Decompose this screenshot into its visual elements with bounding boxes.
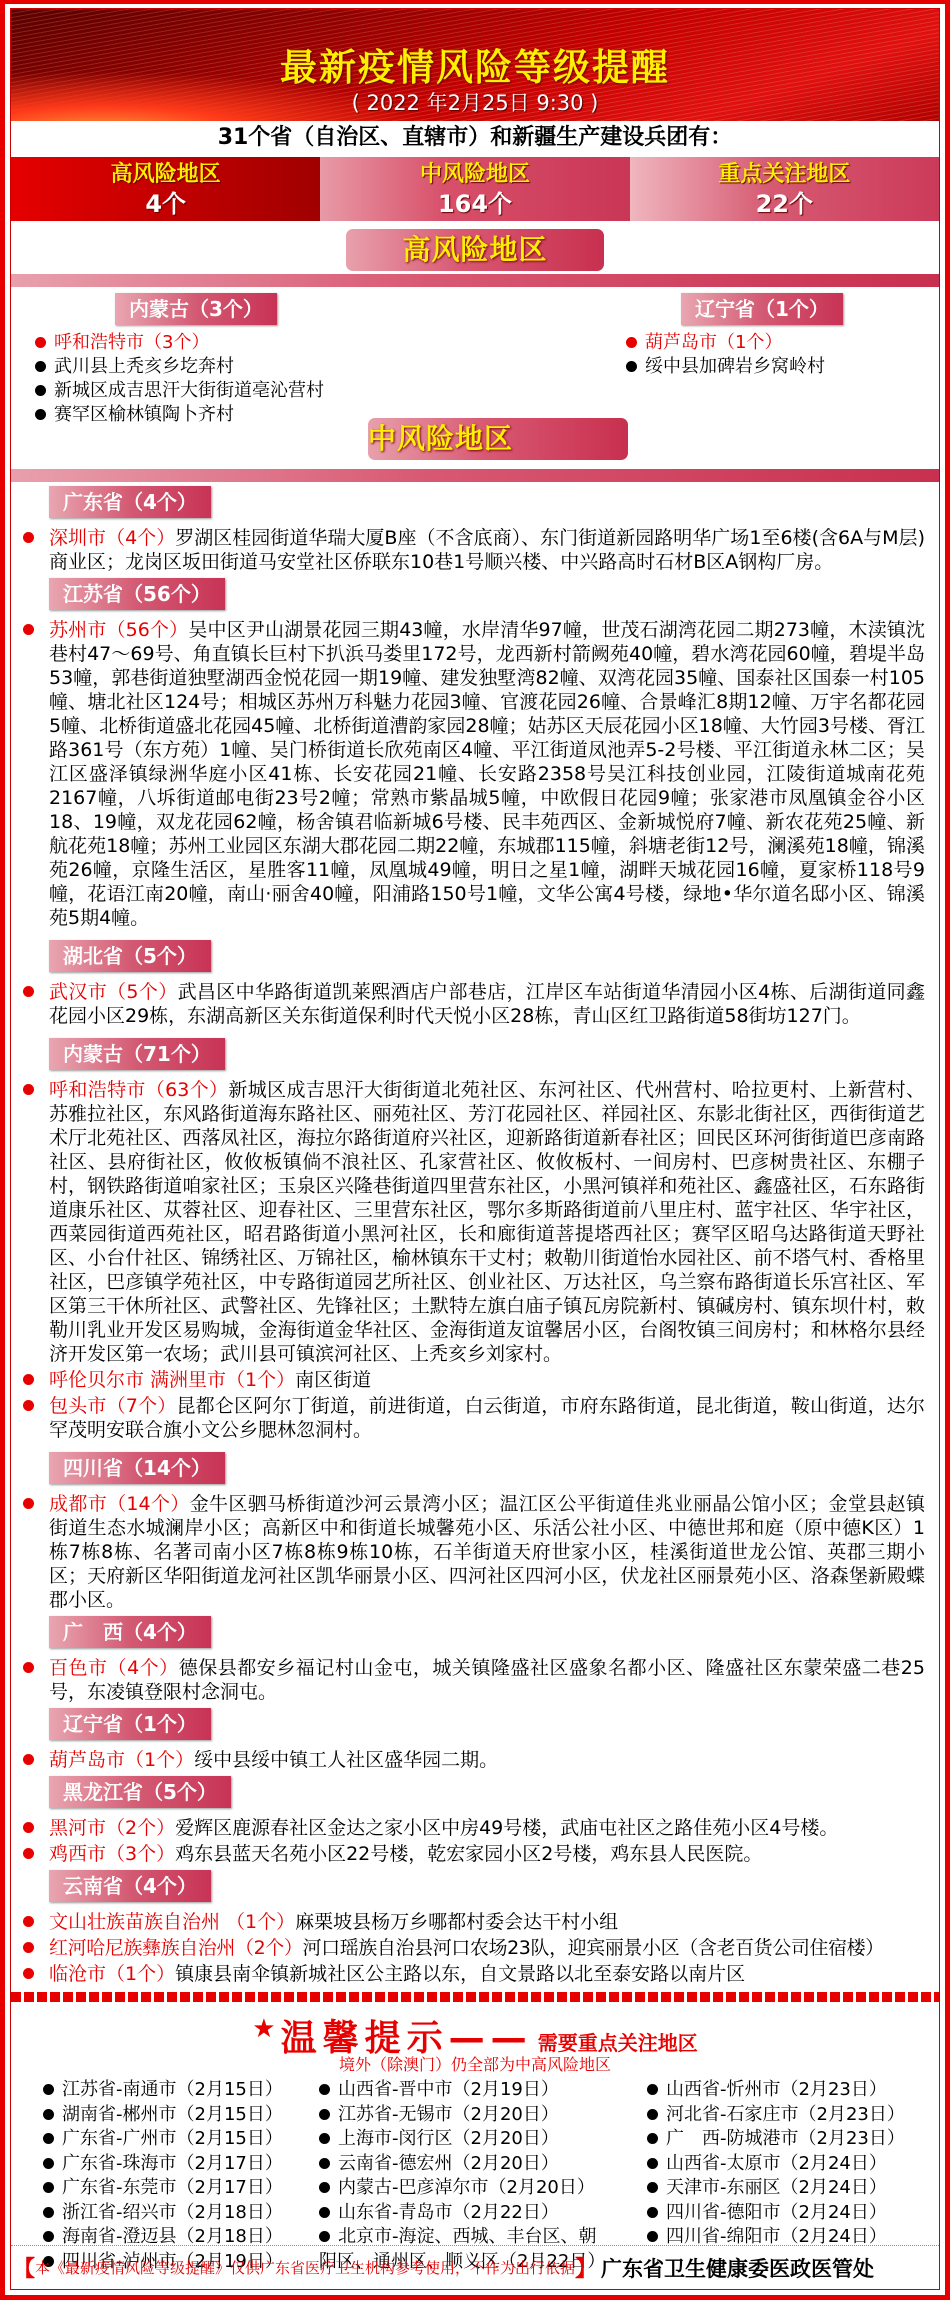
province-tag: 辽宁省（1个）: [681, 293, 843, 325]
tips-heading: ★ 温馨提示—— 需要重点关注地区: [11, 2010, 939, 2054]
stat-high-risk: 高风险地区 4个: [11, 157, 320, 221]
focus-item: 河北省-石家庄市（2月23日）: [647, 2103, 905, 2128]
bullet-icon: [23, 1498, 34, 1509]
city-name: 临沧市（1个）: [49, 1963, 175, 1985]
city-item: 葫芦岛市（1个）: [626, 331, 843, 355]
focus-item: 山西省-太原市（2月24日）: [647, 2152, 905, 2177]
medium-risk-heading-wrap: 中风险地区: [368, 418, 628, 460]
city-areas: 鸡东县蓝天名苑小区22号楼，乾宏家园小区2号楼，鸡东县人民医院。: [175, 1843, 762, 1865]
city-entry: 呼伦贝尔市 满洲里市（1个）南区街道: [49, 1368, 925, 1392]
city-areas: 新城区成吉思汗大街街道北苑社区、东河社区、代州营村、哈拉更村、上新营村、苏雅拉社…: [49, 1079, 925, 1365]
province-tag: 湖北省（5个）: [49, 940, 211, 972]
city-name: 呼和浩特市（3个）: [54, 332, 209, 353]
city-name: 武汉市（5个）: [49, 981, 178, 1003]
area-name: 新城区成吉思汗大街街道亳沁营村: [54, 380, 324, 401]
stat-label: 重点关注地区: [630, 157, 939, 190]
stat-label: 高风险地区: [11, 157, 320, 190]
area-item: 武川县上秃亥乡圪奔村: [35, 355, 324, 379]
bullet-icon: [43, 2133, 54, 2144]
bullet-icon: [647, 2158, 658, 2169]
bullet-icon: [23, 1848, 34, 1859]
area-name: 赛罕区榆林镇陶卜齐村: [54, 404, 234, 425]
city-areas: 德保县都安乡福记村山金屯，城关镇隆盛社区盛象名都小区、隆盛社区东蒙荣盛二巷25号…: [49, 1657, 925, 1703]
province-jiangsu: 江苏省（56个）: [49, 578, 925, 610]
focus-item: 云南省-德宏州（2月20日）: [319, 2152, 647, 2177]
area-item: 绥中县加碑岩乡窝岭村: [626, 355, 843, 379]
focus-item: 江苏省-南通市（2月15日）: [43, 2078, 319, 2103]
bracket-open: 【: [13, 2252, 35, 2283]
city-entry: 文山壮族苗族自治州 （1个）麻栗坡县杨万乡哪都村委会达干村小组: [49, 1910, 925, 1934]
bullet-icon: [35, 361, 46, 372]
focus-item: 上海市-闵行区（2月20日）: [319, 2127, 647, 2152]
bullet-icon: [23, 1916, 34, 1927]
province-tag: 江苏省（56个）: [49, 578, 225, 610]
province-heilongjiang: 黑龙江省（5个）: [49, 1776, 925, 1808]
province-tag: 广东省（4个）: [49, 486, 211, 518]
high-risk-group-liaoning: 辽宁省（1个） 葫芦岛市（1个） 绥中县加碑岩乡窝岭村: [626, 293, 843, 379]
bullet-icon: [647, 2231, 658, 2242]
city-areas: 昆都仑区阿尔丁街道，前进街道，白云街道，市府东路街道，昆北街道，鞍山街道，达尔罕…: [49, 1395, 925, 1441]
city-name: 百色市（4个）: [49, 1657, 179, 1679]
city-areas: 罗湖区桂园街道华瑞大厦B座（不含底商）、东门街道新园路明华广场1至6楼(含6A与…: [49, 527, 925, 573]
province-hubei: 湖北省（5个）: [49, 940, 925, 972]
city-entry: 葫芦岛市（1个）绥中县绥中镇工人社区盛华园二期。: [49, 1748, 925, 1772]
dashed-divider: [11, 1992, 939, 2002]
city-entry: 鸡西市（3个）鸡东县蓝天名苑小区22号楼，乾宏家园小区2号楼，鸡东县人民医院。: [49, 1842, 925, 1866]
province-guangdong: 广东省（4个）: [49, 486, 925, 518]
province-tag: 黑龙江省（5个）: [49, 1776, 231, 1808]
tips-title: 温馨提示——: [281, 2018, 533, 2059]
stat-medium-risk: 中风险地区 164个: [320, 157, 629, 221]
bullet-icon: [23, 1822, 34, 1833]
city-entry: 临沧市（1个）镇康县南伞镇新城社区公主路以东，自文景路以北至泰安路以南片区: [49, 1962, 925, 1986]
bullet-icon: [647, 2084, 658, 2095]
issuing-organization: 广东省卫生健康委医政医管处: [601, 2253, 874, 2283]
bullet-icon: [23, 986, 34, 997]
city-name: 深圳市（4个）: [49, 527, 175, 549]
bullet-icon: [23, 1662, 34, 1673]
star-icon: ★: [252, 2014, 275, 2044]
focus-item: 四川省-德阳市（2月24日）: [647, 2201, 905, 2226]
high-risk-heading-wrap: 高风险地区: [11, 229, 939, 271]
bullet-icon: [43, 2182, 54, 2193]
city-name: 苏州市（56个）: [49, 619, 188, 641]
province-yunnan: 云南省（4个）: [49, 1870, 925, 1902]
focus-item: 湖南省-郴州市（2月15日）: [43, 2103, 319, 2128]
bullet-icon: [23, 1400, 34, 1411]
area-item: 赛罕区榆林镇陶卜齐村: [35, 403, 324, 427]
city-areas: 镇康县南伞镇新城社区公主路以东，自文景路以北至泰安路以南片区: [175, 1963, 745, 1985]
city-entry: 成都市（14个）金牛区驷马桥街道沙河云景湾小区；温江区公平街道佳兆业丽晶公馆小区…: [49, 1492, 925, 1612]
city-areas: 麻栗坡县杨万乡哪都村委会达干村小组: [295, 1911, 618, 1933]
province-liaoning: 辽宁省（1个）: [49, 1708, 925, 1740]
focus-item: 广 西-防城港市（2月23日）: [647, 2127, 905, 2152]
province-tag: 广 西（4个）: [49, 1616, 211, 1648]
province-tag: 内蒙古（71个）: [49, 1038, 225, 1070]
city-name: 鸡西市（3个）: [49, 1843, 175, 1865]
page-frame: 最新疫情风险等级提醒 ( 2022 年2月25日 9:30 ) 31个省（自治区…: [0, 0, 950, 2300]
section-band: [11, 469, 939, 482]
city-name: 葫芦岛市（1个）: [49, 1749, 194, 1771]
content: 最新疫情风险等级提醒 ( 2022 年2月25日 9:30 ) 31个省（自治区…: [10, 8, 940, 2290]
city-areas: 吴中区尹山湖景花园三期43幢，水岸清华97幢，世茂石湖湾花园二期273幢，木渎镇…: [49, 619, 925, 929]
bullet-icon: [319, 2182, 330, 2193]
city-entry: 苏州市（56个）吴中区尹山湖景花园三期43幢，水岸清华97幢，世茂石湖湾花园二期…: [49, 618, 925, 930]
bullet-icon: [626, 337, 637, 348]
bullet-icon: [319, 2109, 330, 2120]
bullet-icon: [23, 624, 34, 635]
bullet-icon: [319, 2207, 330, 2218]
city-entry: 深圳市（4个）罗湖区桂园街道华瑞大厦B座（不含底商）、东门街道新园路明华广场1至…: [49, 526, 925, 574]
bullet-icon: [647, 2109, 658, 2120]
focus-item: 天津市-东丽区（2月24日）: [647, 2176, 905, 2201]
bullet-icon: [35, 409, 46, 420]
medium-risk-section: 广东省（4个） 深圳市（4个）罗湖区桂园街道华瑞大厦B座（不含底商）、东门街道新…: [11, 486, 939, 1986]
province-neimenggu: 内蒙古（71个）: [49, 1038, 925, 1070]
city-name: 文山壮族苗族自治州 （1个）: [49, 1911, 295, 1933]
area-name: 武川县上秃亥乡圪奔村: [54, 356, 234, 377]
high-risk-group-neimenggu: 内蒙古（3个） 呼和浩特市（3个） 武川县上秃亥乡圪奔村 新城区成吉思汗大街街道…: [35, 293, 324, 427]
bullet-icon: [23, 1754, 34, 1765]
bullet-icon: [35, 337, 46, 348]
bullet-icon: [23, 532, 34, 543]
update-time: ( 2022 年2月25日 9:30 ): [11, 87, 939, 117]
city-entry: 武汉市（5个）武昌区中华路街道凯莱熙酒店户部巷店，江岸区车站街道华清园小区4栋、…: [49, 980, 925, 1028]
bullet-icon: [319, 2133, 330, 2144]
focus-item: 山东省-青岛市（2月22日）: [319, 2201, 647, 2226]
province-tag: 四川省（14个）: [49, 1452, 225, 1484]
focus-item: 广东省-东莞市（2月17日）: [43, 2176, 319, 2201]
focus-item: 浙江省-绍兴市（2月18日）: [43, 2201, 319, 2226]
bullet-icon: [647, 2133, 658, 2144]
intro-text: 31个省（自治区、直辖市）和新疆生产建设兵团有：: [11, 121, 939, 157]
city-name: 呼伦贝尔市 满洲里市（1个）: [49, 1369, 295, 1391]
city-areas: 南区街道: [295, 1369, 371, 1391]
city-item: 呼和浩特市（3个）: [35, 331, 324, 355]
city-entry: 呼和浩特市（63个）新城区成吉思汗大街街道北苑社区、东河社区、代州营村、哈拉更村…: [49, 1078, 925, 1366]
bullet-icon: [647, 2182, 658, 2193]
area-item: 新城区成吉思汗大街街道亳沁营村: [35, 379, 324, 403]
page-title: 最新疫情风险等级提醒: [11, 37, 939, 91]
city-name: 呼和浩特市（63个）: [49, 1079, 228, 1101]
city-entry: 红河哈尼族彝族自治州（2个）河口瑶族自治县河口农场23队，迎宾丽景小区（含老百货…: [49, 1936, 925, 1960]
bullet-icon: [319, 2084, 330, 2095]
city-entry: 百色市（4个）德保县都安乡福记村山金屯，城关镇隆盛社区盛象名都小区、隆盛社区东蒙…: [49, 1656, 925, 1704]
stat-focus-areas: 重点关注地区 22个: [630, 157, 939, 221]
province-guangxi: 广 西（4个）: [49, 1616, 925, 1648]
focus-item: 山西省-忻州市（2月23日）: [647, 2078, 905, 2103]
city-name: 葫芦岛市（1个）: [645, 332, 782, 353]
province-tag: 云南省（4个）: [49, 1870, 211, 1902]
bullet-icon: [43, 2231, 54, 2242]
city-entry: 包头市（7个）昆都仑区阿尔丁街道，前进街道，白云街道，市府东路街道，昆北街道，鞍…: [49, 1394, 925, 1442]
bullet-icon: [319, 2231, 330, 2242]
bullet-icon: [23, 1084, 34, 1095]
stat-count: 164个: [320, 190, 629, 218]
city-areas: 武昌区中华路街道凯莱熙酒店户部巷店，江岸区车站街道华清园小区4栋、后湖街道同鑫花…: [49, 981, 925, 1027]
focus-item: 内蒙古-巴彦淖尔市（2月20日）: [319, 2176, 647, 2201]
city-areas: 河口瑶族自治县河口农场23队，迎宾丽景小区（含老百货公司住宿楼）: [303, 1937, 884, 1959]
bullet-icon: [43, 2084, 54, 2095]
header-banner: 最新疫情风险等级提醒 ( 2022 年2月25日 9:30 ): [11, 9, 939, 121]
bullet-icon: [626, 361, 637, 372]
city-name: 黑河市（2个）: [49, 1817, 175, 1839]
city-name: 红河哈尼族彝族自治州（2个）: [49, 1937, 303, 1959]
risk-summary: 高风险地区 4个 中风险地区 164个 重点关注地区 22个: [11, 157, 939, 221]
stat-count: 4个: [11, 190, 320, 218]
high-risk-section: 内蒙古（3个） 呼和浩特市（3个） 武川县上秃亥乡圪奔村 新城区成吉思汗大街街道…: [11, 287, 939, 427]
bullet-icon: [35, 385, 46, 396]
bullet-icon: [23, 1968, 34, 1979]
disclaimer-footer: 【 本《最新疫情风险等级提醒》仅供广东省医疗卫生机构参考使用，不作为出行依据 】…: [11, 2245, 939, 2289]
bullet-icon: [43, 2158, 54, 2169]
province-tag: 辽宁省（1个）: [49, 1708, 211, 1740]
city-areas: 爱辉区鹿源春社区金达之家小区中房49号楼，武庙屯社区之路佳苑小区4号楼。: [175, 1817, 838, 1839]
medium-risk-heading: 中风险地区: [368, 418, 628, 460]
stat-label: 中风险地区: [320, 157, 629, 190]
disclaimer-text: 本《最新疫情风险等级提醒》仅供广东省医疗卫生机构参考使用，不作为出行依据: [35, 2257, 575, 2278]
city-name: 包头市（7个）: [49, 1395, 176, 1417]
city-entry: 黑河市（2个）爱辉区鹿源春社区金达之家小区中房49号楼，武庙屯社区之路佳苑小区4…: [49, 1816, 925, 1840]
bullet-icon: [43, 2109, 54, 2120]
area-name: 绥中县加碑岩乡窝岭村: [645, 356, 825, 377]
bullet-icon: [319, 2158, 330, 2169]
high-risk-heading: 高风险地区: [346, 229, 604, 271]
province-sichuan: 四川省（14个）: [49, 1452, 925, 1484]
stat-count: 22个: [630, 190, 939, 218]
bracket-close: 】: [575, 2252, 597, 2283]
focus-item: 山西省-晋中市（2月19日）: [319, 2078, 647, 2103]
focus-item: 广东省-珠海市（2月17日）: [43, 2152, 319, 2177]
bullet-icon: [647, 2207, 658, 2218]
province-tag: 内蒙古（3个）: [115, 293, 277, 325]
focus-item: 广东省-广州市（2月15日）: [43, 2127, 319, 2152]
focus-item: 江苏省-无锡市（2月20日）: [319, 2103, 647, 2128]
section-band: [11, 274, 939, 287]
bullet-icon: [43, 2207, 54, 2218]
city-name: 成都市（14个）: [49, 1493, 190, 1515]
bullet-icon: [23, 1374, 34, 1385]
bullet-icon: [23, 1942, 34, 1953]
city-areas: 绥中县绥中镇工人社区盛华园二期。: [194, 1749, 498, 1771]
tips-subtitle: 需要重点关注地区: [538, 2031, 698, 2055]
